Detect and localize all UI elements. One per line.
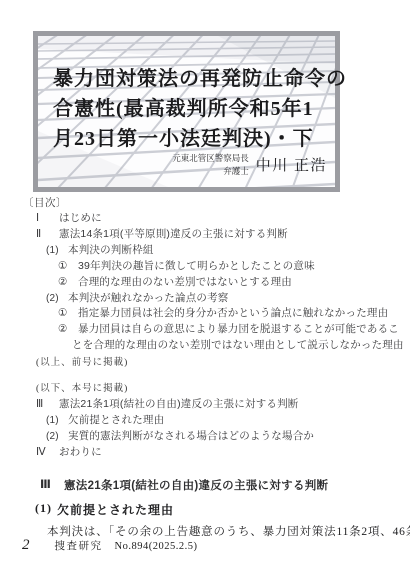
author-credential-line2: 弁護士 <box>172 165 249 177</box>
toc-item: ① 指定暴力団員は社会的身分か否かという論点に触れなかった理由 <box>23 306 403 322</box>
title-box: 暴力団対策法の再発防止命令の 合憲性(最高裁判所令和5年1 月23日第一小法廷判… <box>33 31 340 192</box>
article-title-line3: 月23日第一小法廷判決)・下 <box>53 124 347 154</box>
table-of-contents: 〔目次〕 Ⅰ はじめに Ⅱ 憲法14条1項(平等原則)違反の主張に対する判断 (… <box>23 195 403 461</box>
section-heading-text: 憲法21条1項(結社の自由)違反の主張に対する判断 <box>64 477 328 493</box>
toc-item-marker: Ⅲ <box>36 397 59 413</box>
toc-note-text: (以下、本号に掲載) <box>36 382 128 397</box>
toc-label: 〔目次〕 <box>23 195 403 211</box>
toc-item-text: 合理的な理由のない差別ではないとする理由 <box>78 275 292 291</box>
toc-note-text: (以上、前号に掲載) <box>36 356 128 371</box>
toc-item-marker: Ⅱ <box>36 227 59 243</box>
toc-item-text: 本判決の判断枠組 <box>68 243 154 259</box>
toc-item: (1) 欠前提とされた理由 <box>23 413 403 429</box>
article-title-line1: 暴力団対策法の再発防止命令の <box>53 64 347 94</box>
page-footer: 2 捜査研究 No.894(2025.2.5) <box>22 537 197 554</box>
subsection-heading-text: 欠前提とされた理由 <box>57 501 174 518</box>
toc-item: ② 合理的な理由のない差別ではないとする理由 <box>23 275 403 291</box>
toc-item-text: 憲法21条1項(結社の自由)違反の主張に対する判断 <box>59 397 299 413</box>
author-credentials: 元東北管区警察局長 弁護士 <box>172 152 249 177</box>
subsection-heading: (1) 欠前提とされた理由 <box>23 501 403 518</box>
toc-item: Ⅲ 憲法21条1項(結社の自由)違反の主張に対する判断 <box>23 397 403 413</box>
toc-item: (2) 本判決が触れなかった論点の考察 <box>23 291 403 307</box>
toc-item-text: 暴力団員は自らの意思により暴力団を脱退することが可能であるこ <box>78 322 399 338</box>
toc-item-marker: ② <box>58 275 78 291</box>
page-number: 2 <box>22 537 30 554</box>
author-block: 元東北管区警察局長 弁護士 中川 正浩 <box>172 152 327 177</box>
toc-note-current-issue: (以下、本号に掲載) <box>23 382 403 397</box>
toc-item: Ⅱ 憲法14条1項(平等原則)違反の主張に対する判断 <box>23 227 403 243</box>
author-credential-line1: 元東北管区警察局長 <box>172 152 249 164</box>
toc-item-marker: (1) <box>46 413 68 429</box>
toc-item: (1) 本判決の判断枠組 <box>23 243 403 259</box>
toc-item-text: おわりに <box>59 445 102 461</box>
toc-item: ① 39年判決の趣旨に徴して明らかとしたことの意味 <box>23 259 403 275</box>
section-heading-marker: Ⅲ <box>40 477 64 493</box>
toc-item-marker: Ⅳ <box>36 445 59 461</box>
toc-note-previous-issue: (以上、前号に掲載) <box>23 356 403 371</box>
toc-item-marker: (2) <box>46 429 68 445</box>
issue-number: No.894(2025.2.5) <box>115 541 198 552</box>
toc-item-text: 39年判決の趣旨に徴して明らかとしたことの意味 <box>78 259 315 275</box>
toc-item-marker: (1) <box>46 243 68 259</box>
toc-item-marker: Ⅰ <box>36 211 59 227</box>
journal-name: 捜査研究 <box>55 538 103 553</box>
toc-item-marker: ① <box>58 306 78 322</box>
toc-item: Ⅰ はじめに <box>23 211 403 227</box>
subsection-heading-marker: (1) <box>35 501 57 518</box>
toc-item-text: はじめに <box>59 211 102 227</box>
article-title-line2: 合憲性(最高裁判所令和5年1 <box>53 94 347 124</box>
toc-item-text: 実質的憲法判断がなされる場合はどのような場合か <box>68 429 314 445</box>
section-heading: Ⅲ 憲法21条1項(結社の自由)違反の主張に対する判断 <box>23 477 403 493</box>
toc-item-text: とを合理的な理由のない差別ではない理由として説示しなかった理由 <box>72 338 404 354</box>
toc-item-text: 欠前提とされた理由 <box>68 413 164 429</box>
toc-item-text: 本判決が触れなかった論点の考察 <box>68 291 229 307</box>
article-title: 暴力団対策法の再発防止命令の 合憲性(最高裁判所令和5年1 月23日第一小法廷判… <box>53 64 347 154</box>
toc-item: (2) 実質的憲法判断がなされる場合はどのような場合か <box>23 429 403 445</box>
toc-item-continuation: とを合理的な理由のない差別ではない理由として説示しなかった理由 <box>23 338 403 354</box>
toc-item: ② 暴力団員は自らの意思により暴力団を脱退することが可能であるこ <box>23 322 403 338</box>
toc-item-marker: ② <box>58 322 78 338</box>
toc-item-marker: ① <box>58 259 78 275</box>
toc-item-marker: (2) <box>46 291 68 307</box>
toc-item-text: 指定暴力団員は社会的身分か否かという論点に触れなかった理由 <box>78 306 388 322</box>
article-body: Ⅲ 憲法21条1項(結社の自由)違反の主張に対する判断 (1) 欠前提とされた理… <box>23 477 403 539</box>
toc-item: Ⅳ おわりに <box>23 445 403 461</box>
author-name: 中川 正浩 <box>256 154 327 175</box>
toc-item-text: 憲法14条1項(平等原則)違反の主張に対する判断 <box>59 227 288 243</box>
